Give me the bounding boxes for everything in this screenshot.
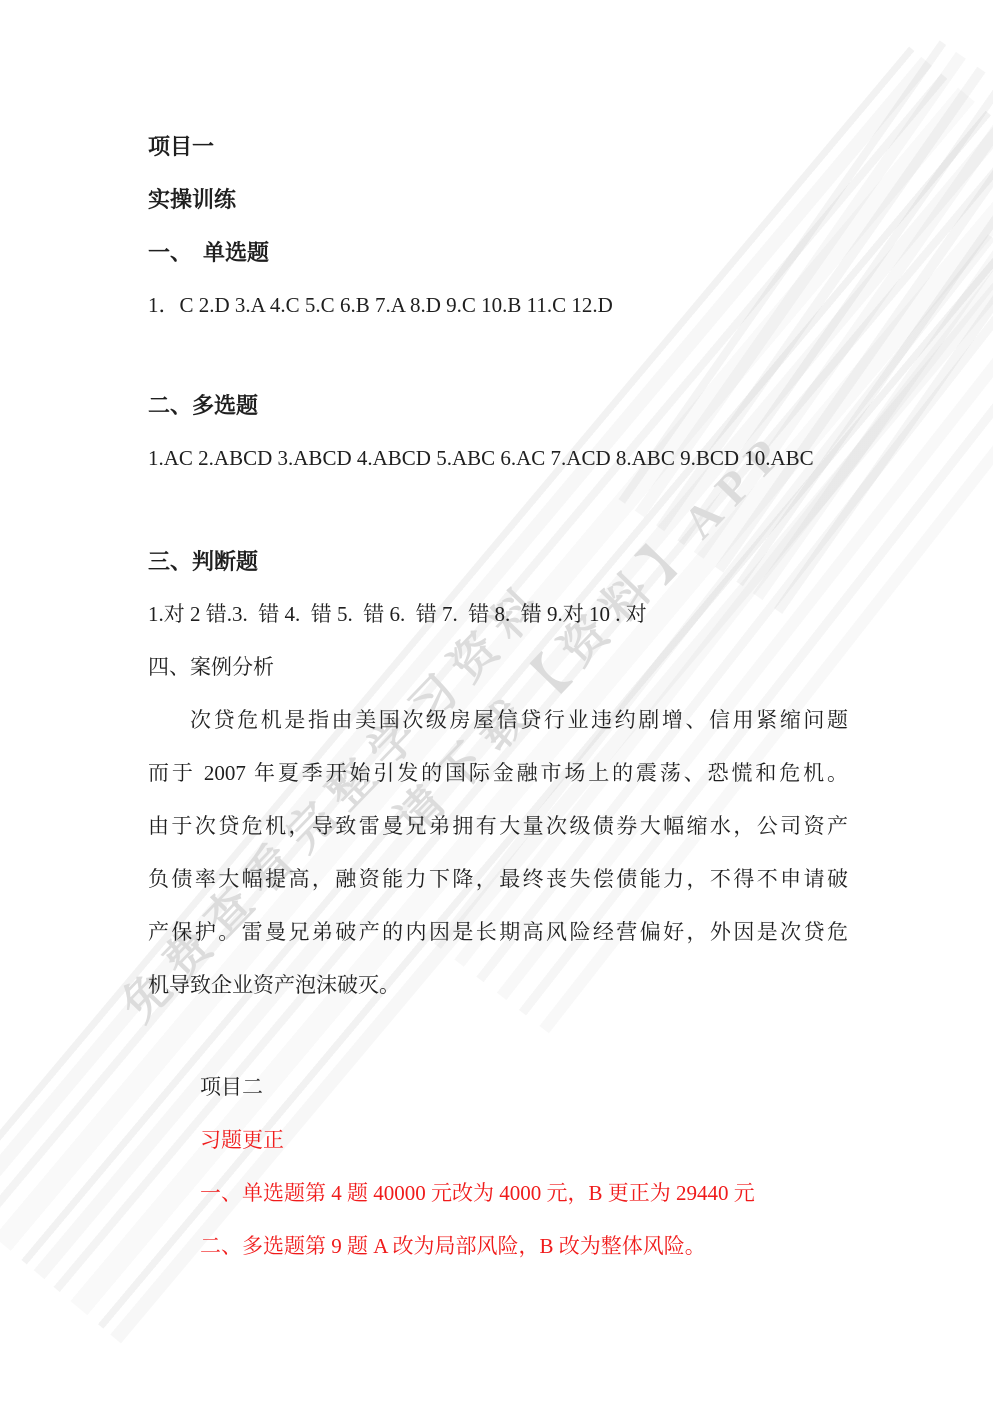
case-paragraph-line: 负债率大幅提高，融资能力下降，最终丧失偿债能力，不得不申请破 <box>148 853 848 906</box>
project1-subtitle: 实操训练 <box>148 173 848 226</box>
true-false-answers: 1.对 2 错.3. 错 4. 错 5. 错 6. 错 7. 错 8. 错 9.… <box>148 588 848 641</box>
document-content: 项目一 实操训练 一、 单选题 1．C 2.D 3.A 4.C 5.C 6.B … <box>0 0 993 1273</box>
answer-key-page: 免费查看完整学习资料 请下载【资料】APP 项目一 实操训练 一、 单选题 1．… <box>0 0 993 1404</box>
case-paragraph-line: 次贷危机是指由美国次级房屋信贷行业违约剧增、信用紧缩问题 <box>148 694 848 747</box>
case-paragraph-line: 机导致企业资产泡沫破灭。 <box>148 959 848 1012</box>
case-paragraph-line: 由于次贷危机，导致雷曼兄弟拥有大量次级债券大幅缩水，公司资产 <box>148 800 848 853</box>
multi-choice-heading: 二、多选题 <box>148 379 848 432</box>
correction-item: 一、单选题第 4 题 40000 元改为 4000 元，B 更正为 29440 … <box>148 1167 848 1220</box>
case-paragraph-line: 产保护。雷曼兄弟破产的内因是长期高风险经营偏好，外因是次贷危 <box>148 906 848 959</box>
project2-title: 项目二 <box>148 1061 848 1114</box>
correction-item: 二、多选题第 9 题 A 改为局部风险，B 改为整体风险。 <box>148 1220 848 1273</box>
project1-title: 项目一 <box>148 120 848 173</box>
single-choice-heading: 一、 单选题 <box>148 226 848 279</box>
correction-heading: 习题更正 <box>148 1114 848 1167</box>
true-false-heading: 三、判断题 <box>148 535 848 588</box>
case-analysis-heading: 四、案例分析 <box>148 641 848 694</box>
case-paragraph-line: 而于 2007 年夏季开始引发的国际金融市场上的震荡、恐慌和危机。 <box>148 747 848 800</box>
single-choice-answers: 1．C 2.D 3.A 4.C 5.C 6.B 7.A 8.D 9.C 10.B… <box>148 279 848 332</box>
multi-choice-answers: 1.AC 2.ABCD 3.ABCD 4.ABCD 5.ABC 6.AC 7.A… <box>148 432 848 485</box>
